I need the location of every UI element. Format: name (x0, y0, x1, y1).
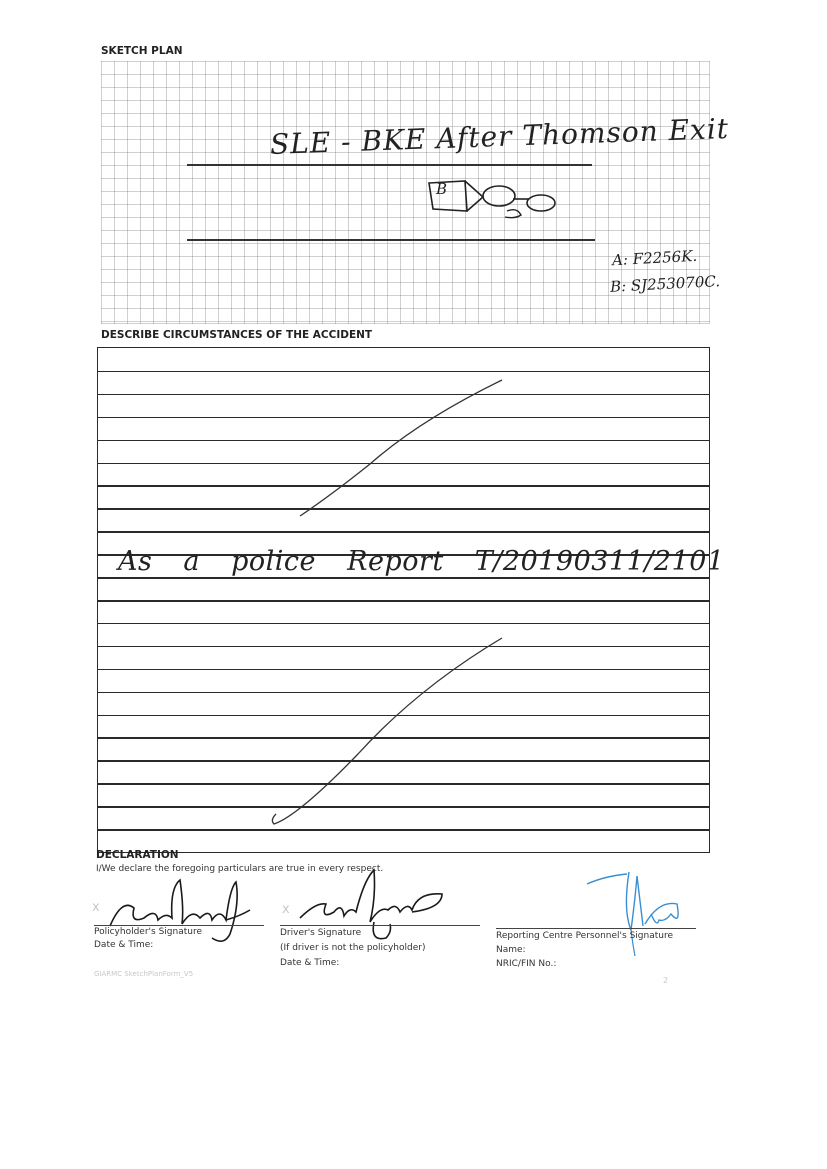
ruled-line (98, 600, 709, 602)
reporting-centre-name-label: Name: (496, 945, 526, 955)
policyholder-sign-mark: x (92, 900, 100, 915)
sketch-road-line-top (187, 164, 592, 166)
declaration-heading: DECLARATION (96, 849, 179, 861)
circumstances-heading: DESCRIBE CIRCUMSTANCES OF THE ACCIDENT (101, 329, 372, 341)
strike-through-stroke-lower (268, 634, 508, 834)
ruled-line (98, 371, 709, 373)
sketch-plan-heading: SKETCH PLAN (101, 45, 182, 57)
reporting-centre-signature-label: Reporting Centre Personnel's Signature (496, 931, 673, 941)
driver-date-time-label: Date & Time: (280, 958, 339, 968)
driver-signature-line (280, 925, 480, 926)
policyholder-date-time-label: Date & Time: (94, 940, 153, 950)
reporting-centre-signature-line (496, 928, 696, 929)
driver-note: (If driver is not the policyholder) (280, 943, 425, 953)
reporting-centre-signature-scribble (585, 870, 695, 960)
driver-sign-mark: x (282, 902, 290, 917)
policyholder-signature-line (94, 925, 264, 926)
circumstances-handwritten-text: As a police Report T/20190311/2101 (118, 546, 725, 577)
page-number: 2 (663, 976, 668, 985)
form-code: GIARMC SketchPlanForm_V5 (94, 970, 193, 978)
strike-through-stroke-upper (290, 378, 510, 518)
ruled-line (98, 531, 709, 533)
policyholder-signature-label: Policyholder's Signature (94, 927, 202, 937)
reporting-centre-nric-label: NRIC/FIN No.: (496, 959, 556, 969)
sketch-road-line-bottom (187, 239, 595, 241)
driver-signature-label: Driver's Signature (280, 928, 361, 938)
ruled-line (98, 577, 709, 579)
diagram-vehicle-label: B (436, 180, 447, 198)
ruled-line (98, 623, 709, 625)
